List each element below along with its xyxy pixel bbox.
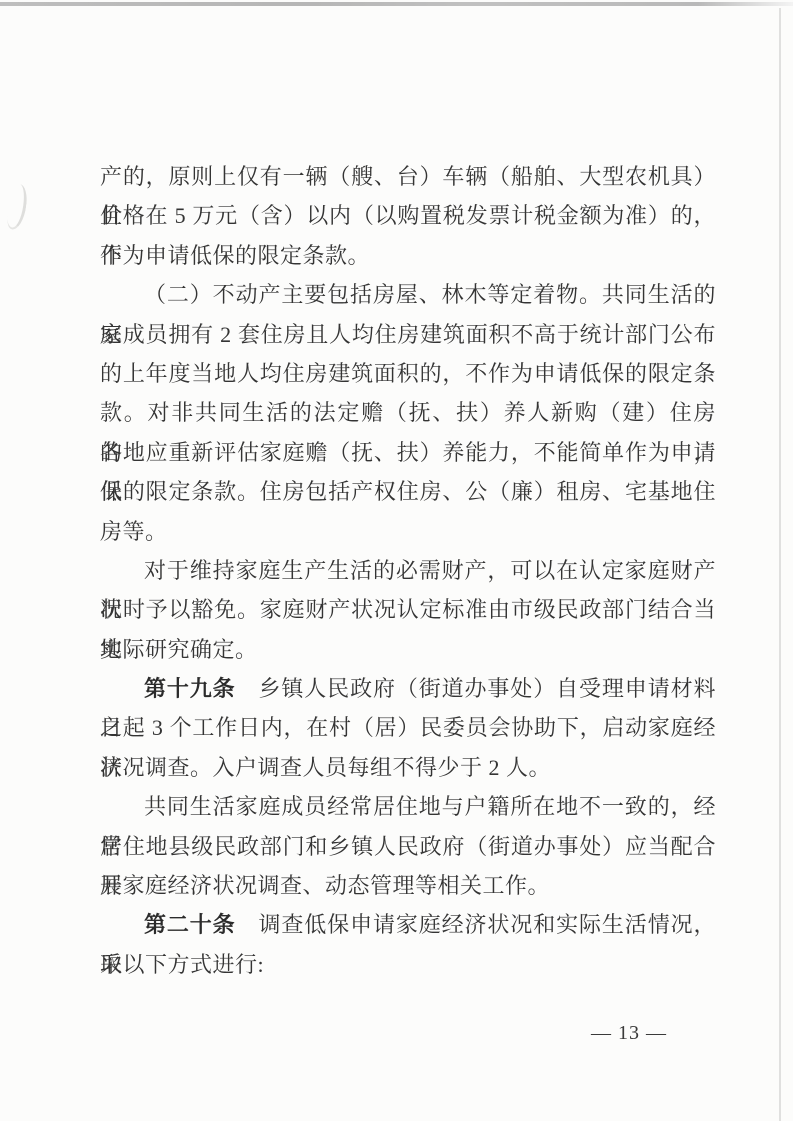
text-line: 房等。 — [100, 512, 716, 551]
paragraph: 产的，原则上仅有一辆（艘、台）车辆（船舶、大型农机具）且价格在 5 万元（含）以… — [100, 157, 716, 275]
text-line: 保的限定条款。住房包括产权住房、公（廉）租房、宅基地住 — [100, 472, 716, 511]
text-line: 第十九条 乡镇人民政府（街道办事处）自受理申请材料之 — [100, 669, 716, 708]
text-segment: 展家庭经济状况调查、动态管理等相关工作。 — [100, 873, 550, 898]
scan-top-edge-artifact — [0, 2, 793, 6]
text-line: 产的，原则上仅有一辆（艘、台）车辆（船舶、大型农机具）且 — [100, 157, 716, 196]
paragraph: 第十九条 乡镇人民政府（街道办事处）自受理申请材料之日起 3 个工作日内，在村（… — [100, 669, 716, 787]
text-segment: 房等。 — [100, 519, 168, 544]
text-segment: 庭成员拥有 2 套住房且人均住房建筑面积不高于统计部门公布 — [100, 322, 716, 347]
text-line: 状况调查。入户调查人员每组不得少于 2 人。 — [100, 748, 716, 787]
text-line: 取以下方式进行: — [100, 945, 716, 984]
scan-smudge-mark — [6, 183, 29, 231]
text-line: 作为申请低保的限定条款。 — [100, 236, 716, 275]
scan-right-edge-artifact — [779, 8, 781, 1121]
text-line: 居住地县级民政部门和乡镇人民政府（街道办事处）应当配合开 — [100, 827, 716, 866]
text-line: 日起 3 个工作日内，在村（居）民委员会协助下，启动家庭经济 — [100, 708, 716, 747]
text-line: 实际研究确定。 — [100, 630, 716, 669]
text-block: 产的，原则上仅有一辆（艘、台）车辆（船舶、大型农机具）且价格在 5 万元（含）以… — [100, 157, 716, 984]
text-line: 的上年度当地人均住房建筑面积的，不作为申请低保的限定条 — [100, 354, 716, 393]
text-line: 价格在 5 万元（含）以内（以购置税发票计税金额为准）的，不 — [100, 196, 716, 235]
text-segment: 取以下方式进行: — [100, 952, 264, 977]
document-page: 产的，原则上仅有一辆（艘、台）车辆（船舶、大型农机具）且价格在 5 万元（含）以… — [0, 0, 793, 1121]
text-line: （二）不动产主要包括房屋、林木等定着物。共同生活的家 — [100, 275, 716, 314]
text-line: 对于维持家庭生产生活的必需财产，可以在认定家庭财产状 — [100, 551, 716, 590]
paragraph: （二）不动产主要包括房屋、林木等定着物。共同生活的家庭成员拥有 2 套住房且人均… — [100, 275, 716, 551]
text-line: 展家庭经济状况调查、动态管理等相关工作。 — [100, 866, 716, 905]
text-line: 共同生活家庭成员经常居住地与户籍所在地不一致的，经常 — [100, 787, 716, 826]
text-segment: 实际研究确定。 — [100, 637, 258, 662]
text-segment: 保的限定条款。住房包括产权住房、公（廉）租房、宅基地住 — [100, 479, 716, 504]
text-line: 第二十条 调查低保申请家庭经济状况和实际生活情况，采 — [100, 905, 716, 944]
text-segment: 的上年度当地人均住房建筑面积的，不作为申请低保的限定条 — [100, 361, 716, 386]
page-number: — 13 — — [591, 1022, 667, 1045]
article-number: 第十九条 — [144, 676, 236, 701]
paragraph: 共同生活家庭成员经常居住地与户籍所在地不一致的，经常居住地县级民政部门和乡镇人民… — [100, 787, 716, 905]
article-number: 第二十条 — [144, 912, 236, 937]
paragraph: 对于维持家庭生产生活的必需财产，可以在认定家庭财产状况时予以豁免。家庭财产状况认… — [100, 551, 716, 669]
text-line: 各地应重新评估家庭赡（抚、扶）养能力，不能简单作为申请低 — [100, 433, 716, 472]
text-line: 况时予以豁免。家庭财产状况认定标准由市级民政部门结合当地 — [100, 590, 716, 629]
text-segment: 状况调查。入户调查人员每组不得少于 2 人。 — [100, 755, 551, 780]
text-line: 庭成员拥有 2 套住房且人均住房建筑面积不高于统计部门公布 — [100, 315, 716, 354]
text-line: 款。对非共同生活的法定赡（抚、扶）养人新购（建）住房的， — [100, 393, 716, 432]
text-segment: 作为申请低保的限定条款。 — [100, 243, 370, 268]
paragraph: 第二十条 调查低保申请家庭经济状况和实际生活情况，采取以下方式进行: — [100, 905, 716, 984]
